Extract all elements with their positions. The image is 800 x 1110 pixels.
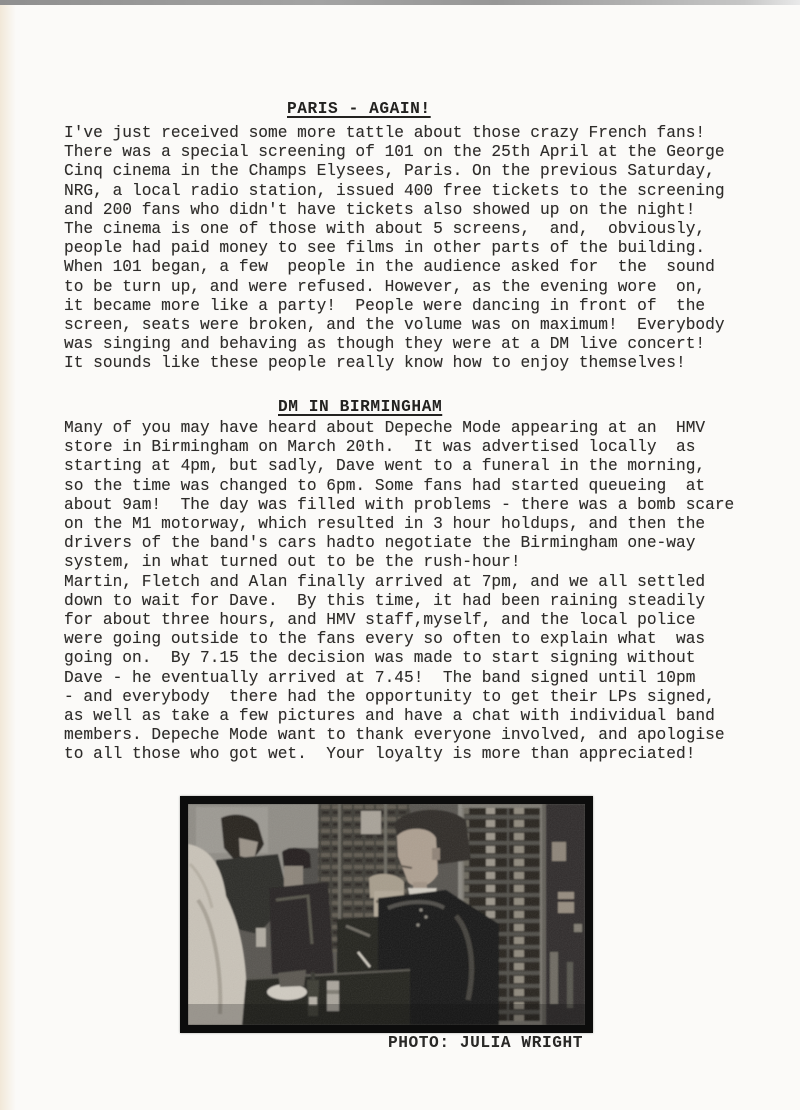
section-title-dm-in-birmingham: DM IN BIRMINGHAM bbox=[278, 398, 442, 417]
photo-frame bbox=[180, 796, 593, 1033]
scan-edge-left bbox=[0, 5, 16, 1110]
photo-grain-overlay bbox=[188, 804, 585, 1025]
photo-bottom-shadow bbox=[188, 1004, 585, 1025]
hmv-signing-photo bbox=[188, 804, 585, 1025]
section-title-paris-again: PARIS - AGAIN! bbox=[287, 100, 431, 119]
section-body-paris-again: I've just received some more tattle abou… bbox=[64, 124, 725, 374]
section-body-dm-in-birmingham: Many of you may have heard about Depeche… bbox=[64, 419, 734, 765]
scan-edge-top bbox=[0, 0, 800, 5]
photo-caption: PHOTO: JULIA WRIGHT bbox=[388, 1034, 583, 1053]
zine-page: PARIS - AGAIN! I've just received some m… bbox=[0, 0, 800, 1110]
